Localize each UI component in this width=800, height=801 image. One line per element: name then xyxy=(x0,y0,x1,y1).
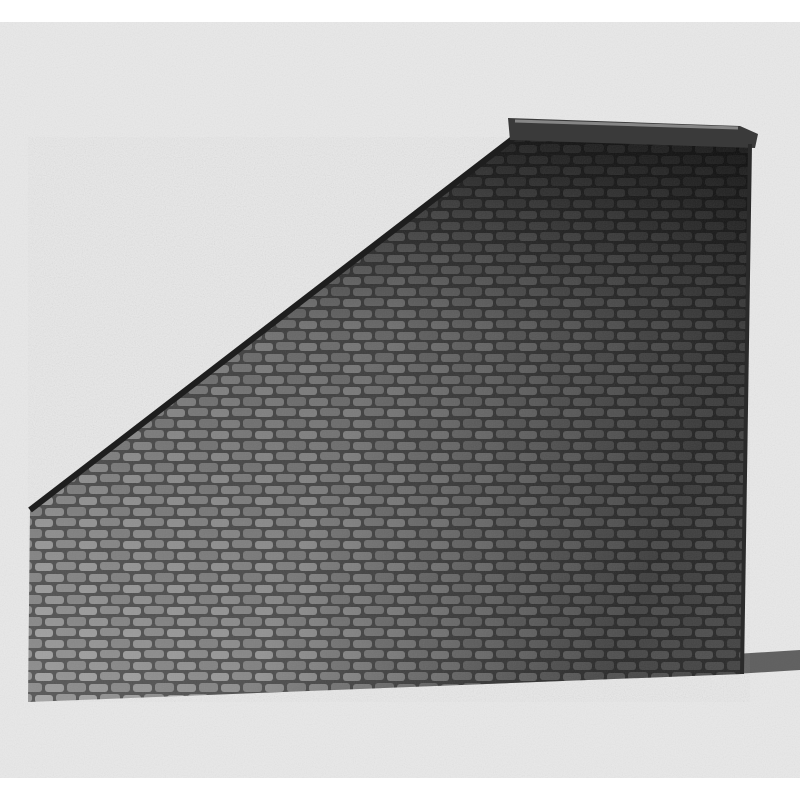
stone-wall-illustration xyxy=(0,22,800,778)
ground-shadow xyxy=(735,650,800,674)
photograph xyxy=(0,22,800,778)
